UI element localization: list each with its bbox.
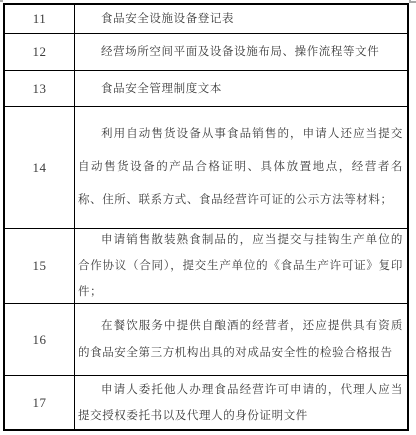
row-number-cell: 16	[5, 304, 75, 375]
row-content-cell: 在餐饮服务中提供自酿酒的经营者，还应提供具有资质的食品安全第三方机构出具的对成品…	[75, 304, 407, 375]
table-row: 12 经营场所空间平面及设备设施布局、操作流程等文件	[5, 34, 407, 71]
table-row: 14 利用自动售货设备从事食品销售的，申请人还应当提交自动售货设备的产品合格证明…	[5, 107, 407, 229]
row-content-text: 在餐饮服务中提供自酿酒的经营者，还应提供具有资质的食品安全第三方机构出具的对成品…	[78, 313, 403, 367]
row-content-cell: 食品安全设施设备登记表	[75, 5, 407, 33]
row-content-text: 食品安全设施设备登记表	[78, 9, 403, 29]
table-row: 11 食品安全设施设备登记表	[5, 5, 407, 34]
row-number-cell: 14	[5, 107, 75, 228]
table-row: 13 食品安全管理制度文本	[5, 71, 407, 107]
row-content-text: 食品安全管理制度文本	[78, 79, 403, 99]
row-number-cell: 12	[5, 34, 75, 70]
row-content-cell: 申请销售散装熟食制品的，应当提交与挂钩生产单位的合作协议（合同），提交生产单位的…	[75, 229, 407, 303]
row-content-text: 申请销售散装熟食制品的，应当提交与挂钩生产单位的合作协议（合同），提交生产单位的…	[78, 229, 403, 303]
cropped-row-remnant-right-line	[411, 1, 416, 3]
row-content-text: 申请人委托他人办理食品经营许可申请的，代理人应当提交授权委托书以及代理人的身份证…	[78, 377, 403, 429]
row-number-cell: 17	[5, 376, 75, 429]
table-row: 16 在餐饮服务中提供自酿酒的经营者，还应提供具有资质的食品安全第三方机构出具的…	[5, 304, 407, 376]
row-content-cell: 食品安全管理制度文本	[75, 71, 407, 106]
row-number-cell: 15	[5, 229, 75, 303]
row-content-cell: 利用自动售货设备从事食品销售的，申请人还应当提交自动售货设备的产品合格证明、具体…	[75, 107, 407, 228]
row-content-cell: 经营场所空间平面及设备设施布局、操作流程等文件	[75, 34, 407, 70]
table-row: 15 申请销售散装熟食制品的，应当提交与挂钩生产单位的合作协议（合同），提交生产…	[5, 229, 407, 304]
table-row: 17 申请人委托他人办理食品经营许可申请的，代理人应当提交授权委托书以及代理人的…	[5, 376, 407, 429]
materials-table: 11 食品安全设施设备登记表 12 经营场所空间平面及设备设施布局、操作流程等文…	[3, 3, 409, 431]
row-content-text: 利用自动售货设备从事食品销售的，申请人还应当提交自动售货设备的产品合格证明、具体…	[78, 118, 403, 217]
document-page: 11 食品安全设施设备登记表 12 经营场所空间平面及设备设施布局、操作流程等文…	[0, 0, 416, 435]
row-number-cell: 11	[5, 5, 75, 33]
row-number-cell: 13	[5, 71, 75, 106]
row-content-cell: 申请人委托他人办理食品经营许可申请的，代理人应当提交授权委托书以及代理人的身份证…	[75, 376, 407, 429]
cropped-row-remnant-left	[0, 0, 3, 2]
row-content-text: 经营场所空间平面及设备设施布局、操作流程等文件	[78, 42, 403, 62]
